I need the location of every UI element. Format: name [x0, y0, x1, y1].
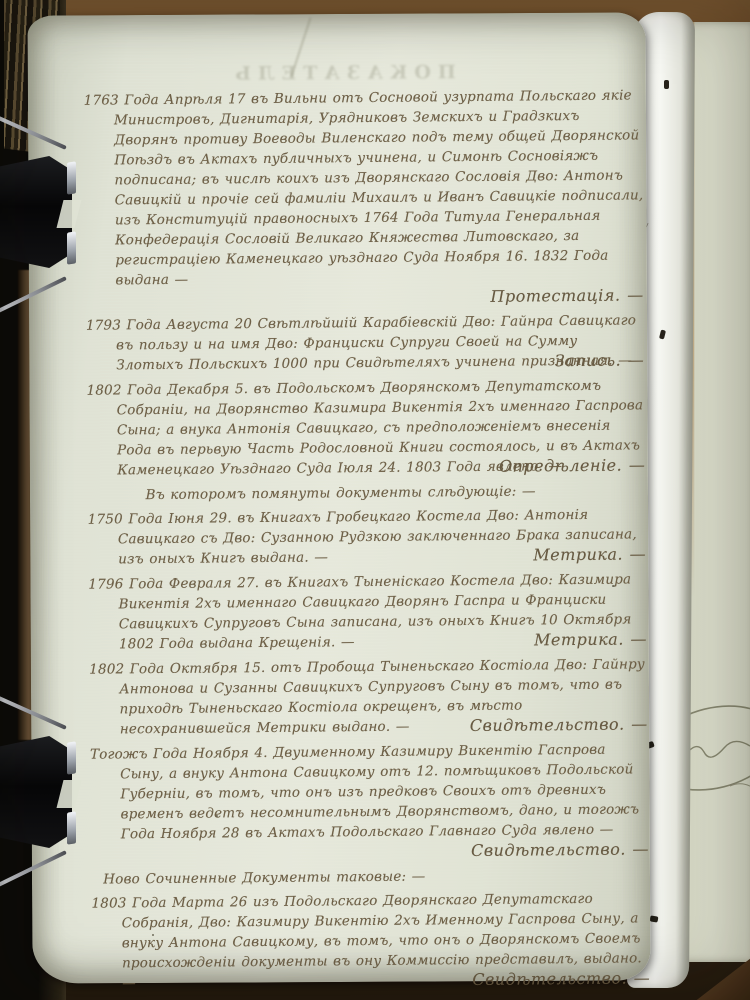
- entry-1803-certificate: 1803 Года Марта 26 изъ Подольскаго Дворя…: [91, 888, 652, 993]
- subheading-text: Ново Сочиненные Документы таковые: —: [103, 868, 425, 887]
- entry-1750-metric: 1750 Года Іюня 29. въ Книгахъ Гробецкаго…: [88, 504, 649, 569]
- doc-type-label: Свидѣтельство. —: [122, 968, 652, 993]
- doc-type-label: Протестація. —: [116, 285, 646, 310]
- clip-metal-tip: [67, 811, 76, 844]
- subheading-new-documents: Ново Сочиненные Документы таковые: —: [91, 864, 651, 889]
- manuscript-photo: 〃 ли.- ПОКАЗАТЕЛЬ 1763 Года Апрѣля 17 въ…: [0, 0, 750, 1000]
- entry-1793-record: 1793 Года Августа 20 Свѣтлѣйшій Карабіев…: [86, 310, 647, 375]
- subheading-text: Въ которомъ помянуты документы слѣдующіе…: [145, 483, 535, 503]
- entry-1763-protest: 1763 Года Апрѣля 17 въ Вильни отъ Соснов…: [84, 85, 646, 310]
- clip-metal-tip: [67, 741, 76, 774]
- doc-type-label: Свидѣтельство. —: [121, 839, 651, 864]
- entry-1802-certificate: 1802 Года Октября 15. отъ Пробоща Тынень…: [89, 654, 650, 739]
- handwritten-text-block: 1763 Года Апрѣля 17 въ Вильни отъ Соснов…: [84, 85, 653, 998]
- entry-1796-metric: 1796 Года Февраля 27. въ Книгахъ Тыненіс…: [88, 569, 649, 654]
- entry-text: 1763 Года Апрѣля 17 въ Вильни отъ Соснов…: [84, 87, 644, 288]
- entry-november-certificate: Тогожъ Года Ноября 4. Двуименному Казими…: [90, 739, 651, 864]
- binding-stitch: [664, 80, 669, 89]
- binder-clip-bottom: [0, 716, 112, 862]
- clip-metal-tip: [67, 161, 76, 194]
- binder-clip-top: [0, 136, 112, 288]
- entry-text: Тогожъ Года Ноября 4. Двуименному Казими…: [90, 742, 639, 843]
- entry-1802-determination: 1802 Года Декабря 5. въ Подольскомъ Двор…: [86, 375, 647, 480]
- entry-text: 1793 Года Августа 20 Свѣтлѣйшій Карабіев…: [86, 312, 636, 373]
- clip-metal-tip: [67, 231, 76, 264]
- bleed-through-text: ПОКАЗАТЕЛЬ: [62, 60, 622, 86]
- subheading-documents-listed: Въ которомъ помянуты документы слѣдующіе…: [87, 480, 647, 505]
